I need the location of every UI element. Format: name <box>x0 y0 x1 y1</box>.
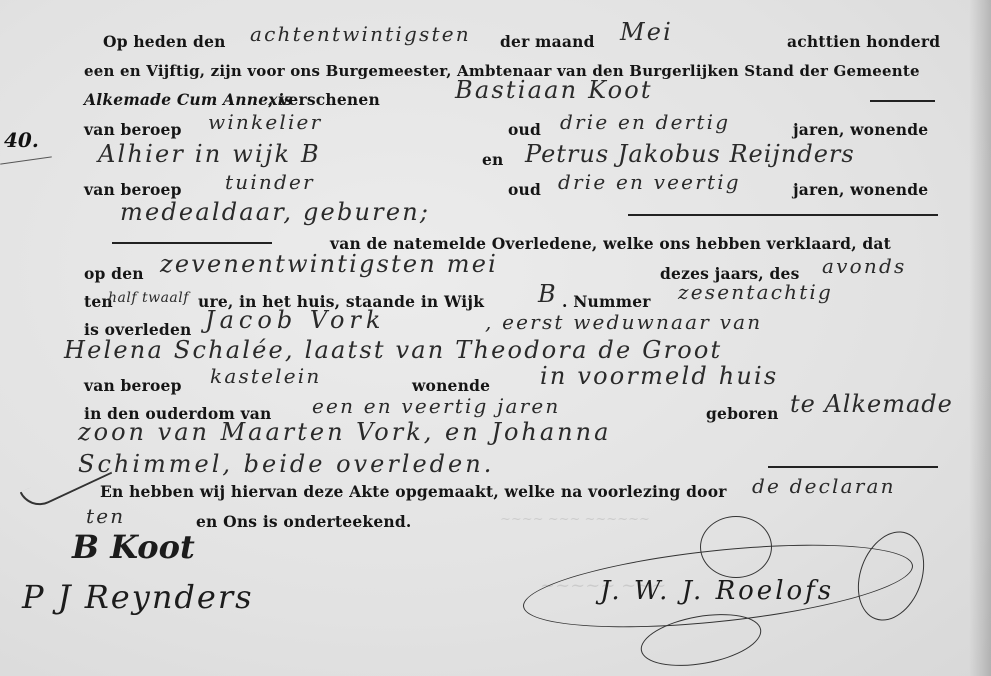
handwritten-widower-note: , eerst weduwnaar van <box>485 310 762 334</box>
printed-text: achttien honderd <box>787 32 940 51</box>
handwritten-hour: half twaalf <box>108 290 189 306</box>
handwritten-declarant2-residence: medealdaar, geburen; <box>120 198 430 226</box>
printed-text: jaren, wonende <box>793 180 928 199</box>
handwritten-declarant1-occupation: winkelier <box>208 110 322 134</box>
handwritten-day: achtentwintigsten <box>250 22 471 46</box>
handwritten-wijk: B <box>538 280 558 308</box>
printed-text: wonende <box>412 376 490 395</box>
printed-text: oud <box>508 180 541 199</box>
handwritten-declarant2-age: drie en veertig <box>558 170 741 194</box>
signature-flourish <box>700 516 772 578</box>
page-edge-shadow <box>969 0 991 676</box>
handwritten-parents-line2: Schimmel, beide overleden. <box>78 450 494 478</box>
printed-text: , verschenen <box>268 90 380 109</box>
printed-text: En hebben wij hiervan deze Akte opgemaak… <box>100 482 727 501</box>
handwritten-month: Mei <box>620 18 673 46</box>
handwritten-declarant1-age: drie en dertig <box>560 110 730 134</box>
fill-line <box>112 242 272 244</box>
printed-text: der maand <box>500 32 595 51</box>
printed-text: Op heden den <box>103 32 226 51</box>
fill-line <box>870 100 935 102</box>
handwritten-declarant1-residence: Alhier in wijk B <box>98 140 321 168</box>
fill-line <box>628 214 938 216</box>
signature-official: J. W. J. Roelofs <box>600 576 834 606</box>
handwritten-birthplace: te Alkemade <box>790 390 953 418</box>
printed-text: oud <box>508 120 541 139</box>
handwritten-deceased-name: Jacob Vork <box>205 306 385 334</box>
handwritten-read-by: de declaran <box>752 474 896 498</box>
document-page: ~~~~ ~~~ ~~~~~~ ~~~~~ ~~~ 40. Op heden d… <box>0 0 991 676</box>
printed-text: en <box>482 150 504 169</box>
signature-declarant2: P J Reynders <box>22 578 254 616</box>
handwritten-deceased-residence: in voormeld huis <box>540 362 778 390</box>
printed-text: en Ons is onderteekend. <box>196 512 412 531</box>
margin-record-number: 40. <box>4 128 39 152</box>
handwritten-declarant1-name: Bastiaan Koot <box>455 76 653 104</box>
handwritten-parents-line1: zoon van Maarten Vork, en Johanna <box>78 418 611 446</box>
printed-text: van beroep <box>84 180 182 199</box>
handwritten-deceased-age: een en veertig jaren <box>312 394 561 418</box>
printed-text: op den <box>84 264 144 283</box>
bleed-through-text: ~~~~ ~~~ ~~~~~~ <box>500 512 650 527</box>
signature-flourish <box>846 522 936 630</box>
printed-text: van beroep <box>84 120 182 139</box>
handwritten-declarant2-name: Petrus Jakobus Reijnders <box>525 140 855 168</box>
handwritten-death-date: zevenentwintigsten mei <box>160 250 498 278</box>
handwritten-time-of-day: avonds <box>822 254 906 278</box>
handwritten-read-by-cont: ten <box>86 504 125 528</box>
handwritten-declarant2-occupation: tuinder <box>225 170 315 194</box>
handwritten-deceased-occupation: kastelein <box>210 364 322 388</box>
margin-stroke <box>0 156 52 164</box>
printed-text: geboren <box>706 404 779 423</box>
fill-line <box>768 466 938 468</box>
signature-declarant1: B Koot <box>72 528 195 566</box>
handwritten-house-number: zesentachtig <box>678 280 833 304</box>
printed-text: . Nummer <box>562 292 651 311</box>
printed-text: van beroep <box>84 376 182 395</box>
handwritten-spouses: Helena Schalée, laatst van Theodora de G… <box>64 336 722 364</box>
printed-municipality: Alkemade Cum Annexis <box>84 90 293 109</box>
printed-text: jaren, wonende <box>793 120 928 139</box>
